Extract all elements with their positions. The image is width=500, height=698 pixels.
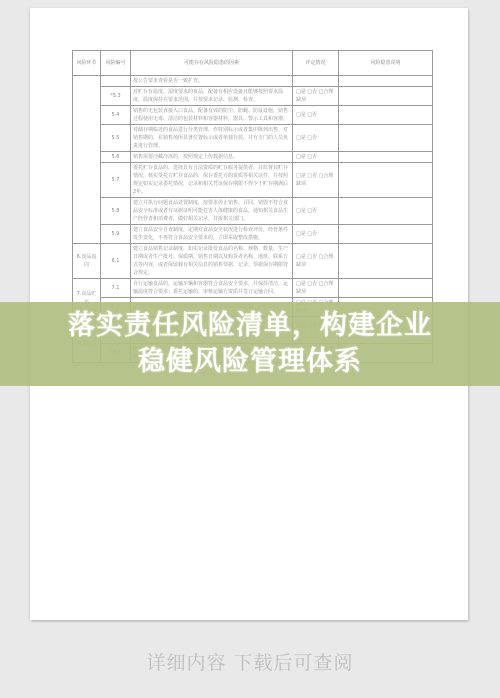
evaluation-cell[interactable]: □是 □否 <box>293 106 339 125</box>
evaluation-cell[interactable]: □是 □否 □合理缺项 <box>293 163 339 198</box>
risk-id-cell: 5.7 <box>101 163 131 198</box>
risk-factor-cell: 建立食品销售记录制度，如实记录批发食品的名称、规格、数量、生产日期或者生产批号、… <box>131 244 293 279</box>
risk-factor-cell: 对储存期临近的食品进行分类管理，作特别标示或者集中陈列出售，对销售期的，在销售场… <box>131 125 293 152</box>
evaluation-cell[interactable]: □是 □否 <box>293 125 339 152</box>
notes-cell[interactable] <box>339 244 433 279</box>
header-risk-factors: 可能存在风险隐患的因素 <box>131 51 293 76</box>
table-row: 5.4 销售的无包装直接入口食品，配备有效的防尘、防蝇、防鼠设施，销售过程使用无… <box>73 106 433 125</box>
risk-id-cell: 5.6 <box>101 152 131 163</box>
evaluation-cell[interactable]: □是 □否 <box>293 152 339 163</box>
risk-factor-cell: 销售需要冷藏冷冻的，按照规定上传数据信息。 <box>131 152 293 163</box>
download-hint[interactable]: 详细内容 下载后可查阅 <box>0 648 500 675</box>
risk-factor-cell: 对贮存有温度、湿度要求的食品，配备有相应设备且能够按照要求温度，温度保持在要求范… <box>131 87 293 106</box>
title-banner: 落实责任风险清单，构建企业 稳健风险管理体系 <box>0 302 500 386</box>
risk-factor-cell: 委托贮存食品的，选择具有合法资质的贮存服务提供者，并监督其贮存情况，核实受托方贮… <box>131 163 293 198</box>
notes-cell[interactable] <box>339 76 433 87</box>
notes-cell[interactable] <box>339 106 433 125</box>
table-row: *5.3 对贮存有温度、湿度要求的食品，配备有相应设备且能够按照要求温度，温度保… <box>73 87 433 106</box>
evaluation-cell[interactable]: □是 □否 <box>293 225 339 244</box>
risk-factor-cell: 自行运输食品的，运输车辆和容器符合食品安全要求，并保持清洁，运输温度符合要求；委… <box>131 279 293 298</box>
evaluation-cell[interactable]: □是 □否 □合理缺项 <box>293 279 339 298</box>
notes-cell[interactable] <box>339 125 433 152</box>
risk-stage-cell <box>73 76 101 244</box>
risk-id-cell: 5.8 <box>101 198 131 225</box>
risk-id-cell <box>101 76 131 87</box>
header-risk-id: 风险编号 <box>101 51 131 76</box>
risk-id-cell: *5.3 <box>101 87 131 106</box>
table-row: 6.食品流向 6.1 建立食品销售记录制度，如实记录批发食品的名称、规格、数量、… <box>73 244 433 279</box>
banner-title-line-2: 稳健风险管理体系 <box>138 344 362 380</box>
notes-cell[interactable] <box>339 87 433 106</box>
notes-cell[interactable] <box>339 198 433 225</box>
evaluation-cell[interactable] <box>293 76 339 87</box>
risk-id-cell: 5.5 <box>101 125 131 152</box>
notes-cell[interactable] <box>339 152 433 163</box>
evaluation-cell[interactable]: □是 □否 □合理缺项 <box>293 87 339 106</box>
table-header-row: 风险环节 风险编号 可能存在风险隐患的因素 评定情况 风险隐患说明 <box>73 51 433 76</box>
notes-cell[interactable] <box>339 225 433 244</box>
risk-id-cell: 6.1 <box>101 244 131 279</box>
risk-id-cell: 7.1 <box>101 279 131 298</box>
risk-factor-cell: 销售的无包装直接入口食品，配备有效的防尘、防蝇、防鼠设施，销售过程使用无毒、清洁… <box>131 106 293 125</box>
risk-id-cell: 5.9 <box>101 225 131 244</box>
table-row: 5.8 建立并执行问题食品处置制度，按要求停止销售、召回、销毁不符合食品安全标准… <box>73 198 433 225</box>
evaluation-cell[interactable]: □是 □否 <box>293 198 339 225</box>
header-risk-notes: 风险隐患说明 <box>339 51 433 76</box>
header-evaluation: 评定情况 <box>293 51 339 76</box>
risk-factor-cell: 建立并执行问题食品处置制度，按要求停止销售、召回、销毁不符合食品安全标准或者有证… <box>131 198 293 225</box>
banner-title-line-1: 落实责任风险清单，构建企业 <box>68 308 432 344</box>
notes-cell[interactable] <box>339 163 433 198</box>
evaluation-cell[interactable]: □是 □否 □合理缺项 <box>293 244 339 279</box>
table-row: 7.食品贮运 7.1 自行运输食品的，运输车辆和容器符合食品安全要求，并保持清洁… <box>73 279 433 298</box>
table-row: 5.7 委托贮存食品的，选择具有合法资质的贮存服务提供者，并监督其贮存情况，核实… <box>73 163 433 198</box>
table-row: 5.9 建立食品安全自查制度，定期对食品安全状况进行检查评价，经营条件发生变化，… <box>73 225 433 244</box>
table-row: 按公告要求查看是否一致扩充。 <box>73 76 433 87</box>
table-row: 5.6 销售需要冷藏冷冻的，按照规定上传数据信息。 □是 □否 <box>73 152 433 163</box>
risk-stage-cell: 6.食品流向 <box>73 244 101 279</box>
table-row: 5.5 对储存期临近的食品进行分类管理，作特别标示或者集中陈列出售，对销售期的，… <box>73 125 433 152</box>
risk-factor-cell: 建立食品安全自查制度，定期对食品安全状况进行检查评价，经营条件发生变化，不再符合… <box>131 225 293 244</box>
header-risk-stage: 风险环节 <box>73 51 101 76</box>
risk-factor-cell: 按公告要求查看是否一致扩充。 <box>131 76 293 87</box>
notes-cell[interactable] <box>339 279 433 298</box>
risk-id-cell: 5.4 <box>101 106 131 125</box>
